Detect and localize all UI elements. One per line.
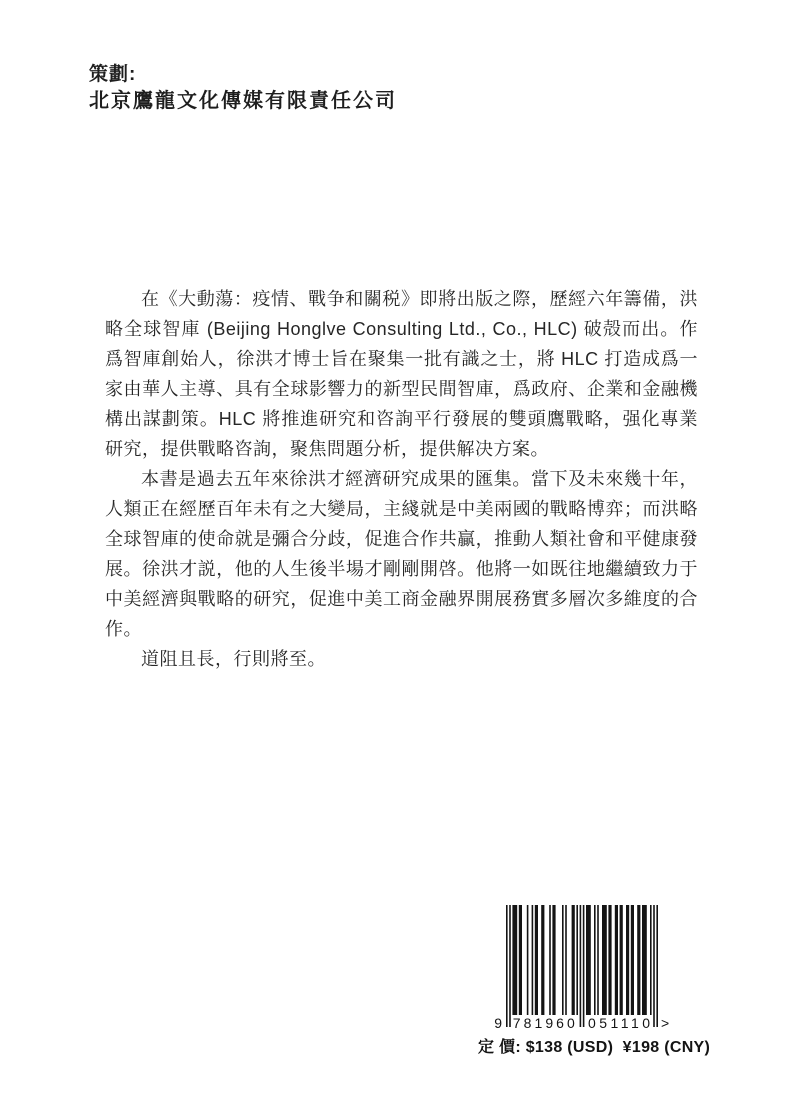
synopsis-paragraph: 本書是過去五年來徐洪才經濟研究成果的匯集。當下及未來幾十年，人類正在經歷百年未有…: [105, 464, 698, 644]
svg-text:>: >: [661, 1015, 669, 1031]
synopsis-paragraph: 道阻且長，行則將至。: [105, 644, 698, 674]
synopsis-paragraph: 在《大動蕩：疫情、戰争和關税》即將出版之際，歷經六年籌備，洪略全球智庫 (Bei…: [105, 284, 698, 464]
publisher-block: 策劃: 北京鷹龍文化傳媒有限責任公司: [89, 62, 397, 115]
svg-text:781960: 781960: [513, 1015, 575, 1031]
book-back-cover: 策劃: 北京鷹龍文化傳媒有限責任公司 在《大動蕩：疫情、戰争和關税》即將出版之際…: [0, 0, 800, 1104]
publisher-label: 策劃:: [89, 62, 397, 88]
publisher-company-name: 北京鷹龍文化傳媒有限責任公司: [89, 88, 397, 115]
price-line: 定 價: $138 (USD) ¥198 (CNY): [478, 1038, 710, 1058]
synopsis: 在《大動蕩：疫情、戰争和關税》即將出版之際，歷經六年籌備，洪略全球智庫 (Bei…: [105, 284, 698, 674]
barcode: 9781960051110>: [494, 905, 672, 1033]
svg-text:9: 9: [494, 1015, 502, 1031]
isbn-barcode-image: 9781960051110>: [494, 905, 672, 1033]
svg-text:051110: 051110: [588, 1015, 650, 1031]
